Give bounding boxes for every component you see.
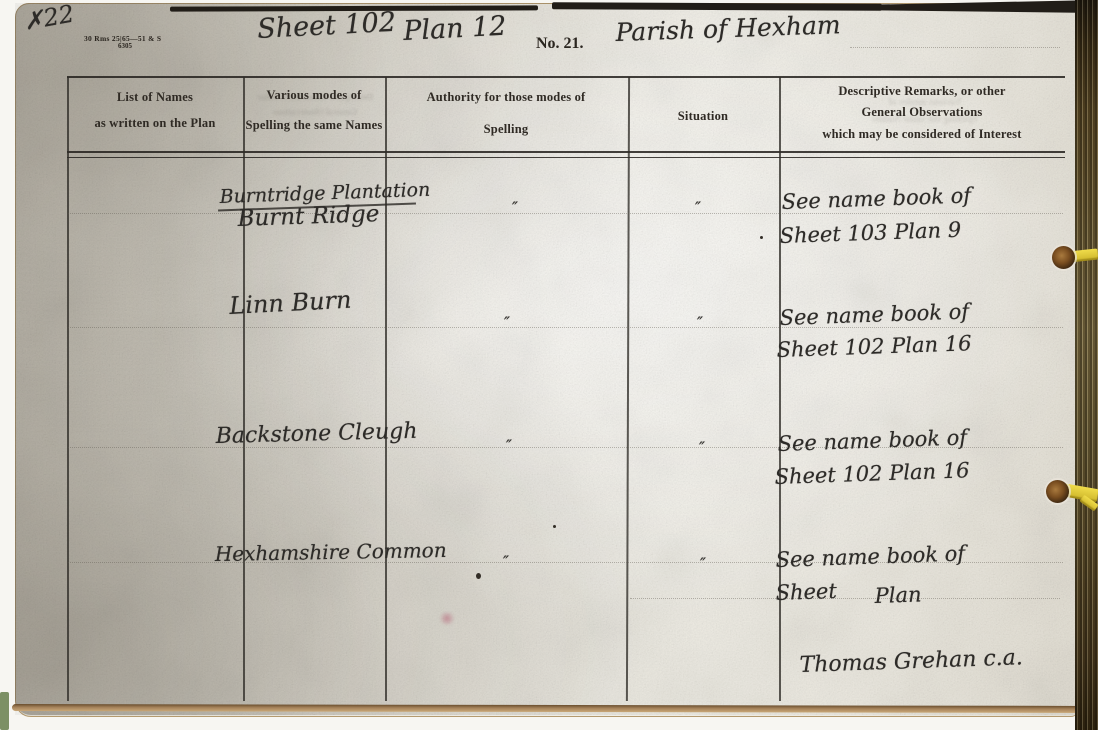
ditto-mark: ″ — [512, 200, 518, 216]
entry-remarks: Plan — [874, 584, 922, 607]
row-guide-line — [68, 213, 1063, 214]
row-guide-line — [630, 598, 1060, 599]
column-header-remarks-line3: which may be considered of Interest — [779, 128, 1065, 141]
table-top-rule — [67, 76, 1065, 78]
ink-speck — [760, 236, 763, 239]
ditto-mark: ″ — [700, 556, 706, 572]
ditto-mark: ″ — [699, 440, 705, 456]
header-bottom-rule-1 — [67, 151, 1065, 153]
sheet-number-handwritten: Sheet 102 — [257, 9, 397, 43]
printers-stamp-line2: 6305 — [118, 43, 132, 50]
ditto-mark: ″ — [506, 438, 512, 454]
column-header-spelling-line2: Spelling the same Names — [243, 119, 385, 132]
column-header-situation: Situation — [627, 110, 779, 123]
ditto-mark: ″ — [504, 315, 510, 331]
ditto-mark: ″ — [697, 315, 703, 331]
table-left-border — [67, 77, 69, 701]
pink-stain — [438, 612, 456, 625]
parish-ruled-dotted-line — [850, 47, 1060, 48]
binding-hole — [1046, 480, 1069, 503]
entry-name: Backstone Cleugh — [215, 421, 417, 448]
header-bottom-rule-2 — [67, 157, 1065, 159]
column-header-authority-line2: Spelling — [385, 123, 627, 136]
column-divider-1 — [243, 77, 245, 701]
entry-name: Linn Burn — [229, 288, 352, 318]
ditto-mark: ″ — [695, 200, 701, 216]
book-fore-edge — [1075, 0, 1098, 730]
scanned-name-book-page: ✗22 30 Rms 25|65—51 & S 6305 Sheet 102 P… — [0, 0, 1098, 730]
green-table-corner — [0, 692, 9, 730]
entry-name: Burnt Ridge — [237, 203, 380, 231]
form-number-label: No. 21. — [536, 36, 584, 52]
column-header-authority-line1: Authority for those modes of — [385, 91, 627, 104]
ink-speck — [553, 525, 556, 528]
column-divider-2 — [385, 77, 387, 701]
parish-name-handwritten: Parish of Hexham — [615, 12, 841, 45]
row-guide-line — [68, 327, 1063, 328]
column-header-names-line1: List of Names — [67, 91, 243, 104]
ditto-mark: ″ — [503, 554, 509, 570]
column-header-names-line2: as written on the Plan — [67, 117, 243, 130]
ink-speck — [476, 573, 481, 579]
binding-hole — [1052, 246, 1075, 269]
entry-name: Hexhamshire Common — [215, 540, 447, 564]
plan-number-handwritten: Plan 12 — [403, 13, 508, 45]
bleed-through-text: Descriptive Remarks, or otherGeneral Obs… — [250, 90, 380, 121]
bleed-through-text: Various modes ofSpelling the same Names — [830, 94, 1020, 128]
column-divider-4 — [779, 77, 781, 701]
entry-remarks: Sheet — [775, 581, 837, 604]
